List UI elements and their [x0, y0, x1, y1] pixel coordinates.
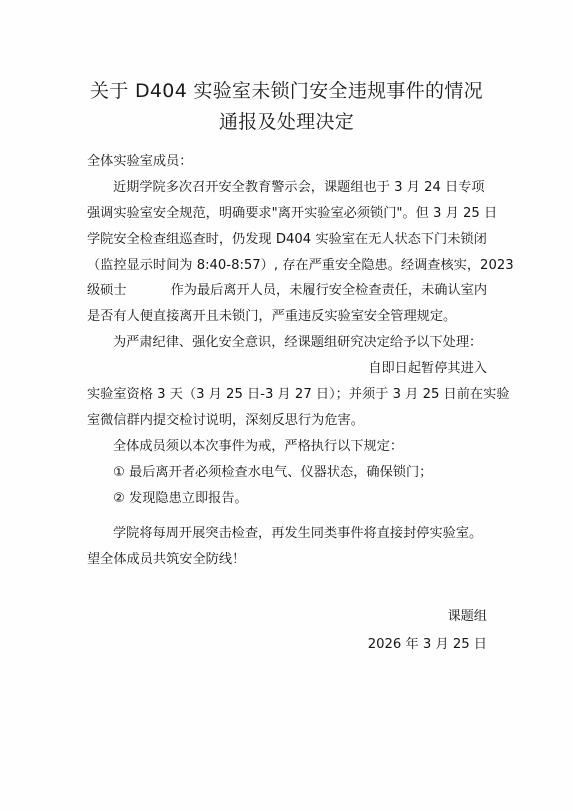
signature-date: 2026 年 3 月 25 日 — [87, 636, 487, 654]
rules-intro: 全体成员须以本次事件为戒，严格执行以下规定： — [113, 438, 487, 456]
para1-line: （监控显示时间为 8:40-8:57）, 存在严重安全隐患。经调查核实，2023 — [87, 257, 487, 275]
para2-line: 实验室资格 3 天（3 月 25 日-3 月 27 日）；并须于 3 月 25 … — [87, 386, 487, 404]
para1-line: 是否有人便直接离开且未锁门，严重违反实验室安全管理规定。 — [87, 308, 487, 326]
para1-line-with-redaction: 级硕士作为最后离开人员，未履行安全检查责任，未确认室内 — [87, 282, 487, 300]
para2-line: 为严肃纪律、强化安全意识，经课题组研究决定给予以下处理： — [113, 334, 487, 352]
para2-line-right: 自即日起暂停其进入 — [87, 360, 487, 378]
para1-line: 学院安全检查组巡查时，仍发现 D404 实验室在无人状态下门未锁闭 — [87, 231, 487, 249]
para4-line: 学院将每周开展突击检查，再发生同类事件将直接封停实验室。 — [113, 525, 487, 543]
para1-line: 近期学院多次召开安全教育警示会，课题组也于 3 月 24 日专项 — [113, 179, 487, 197]
document-title-line-1: 关于 D404 实验室未锁门安全违规事件的情况 — [0, 76, 573, 103]
document-title-line-2: 通报及处理决定 — [0, 107, 573, 134]
student-grade-label: 级硕士 — [87, 283, 127, 298]
para1-line: 强调实验室安全规范，明确要求"离开实验室必须锁门"。但 3 月 25 日 — [87, 205, 487, 223]
document-page: 关于 D404 实验室未锁门安全违规事件的情况 通报及处理决定 全体实验室成员：… — [0, 0, 573, 811]
rule-item-1: ① 最后离开者必须检查水电气、仪器状态，确保锁门； — [113, 464, 487, 482]
para1-line-continuation: 作为最后离开人员，未履行安全检查责任，未确认室内 — [171, 283, 488, 298]
para2-line: 室微信群内提交检讨说明，深刻反思行为危害。 — [87, 412, 487, 430]
rule-item-2: ② 发现隐患立即报告。 — [113, 490, 487, 508]
signature-issuer: 课题组 — [87, 608, 487, 626]
salutation: 全体实验室成员： — [87, 153, 487, 171]
para4-line: 望全体成员共筑安全防线！ — [87, 551, 487, 569]
